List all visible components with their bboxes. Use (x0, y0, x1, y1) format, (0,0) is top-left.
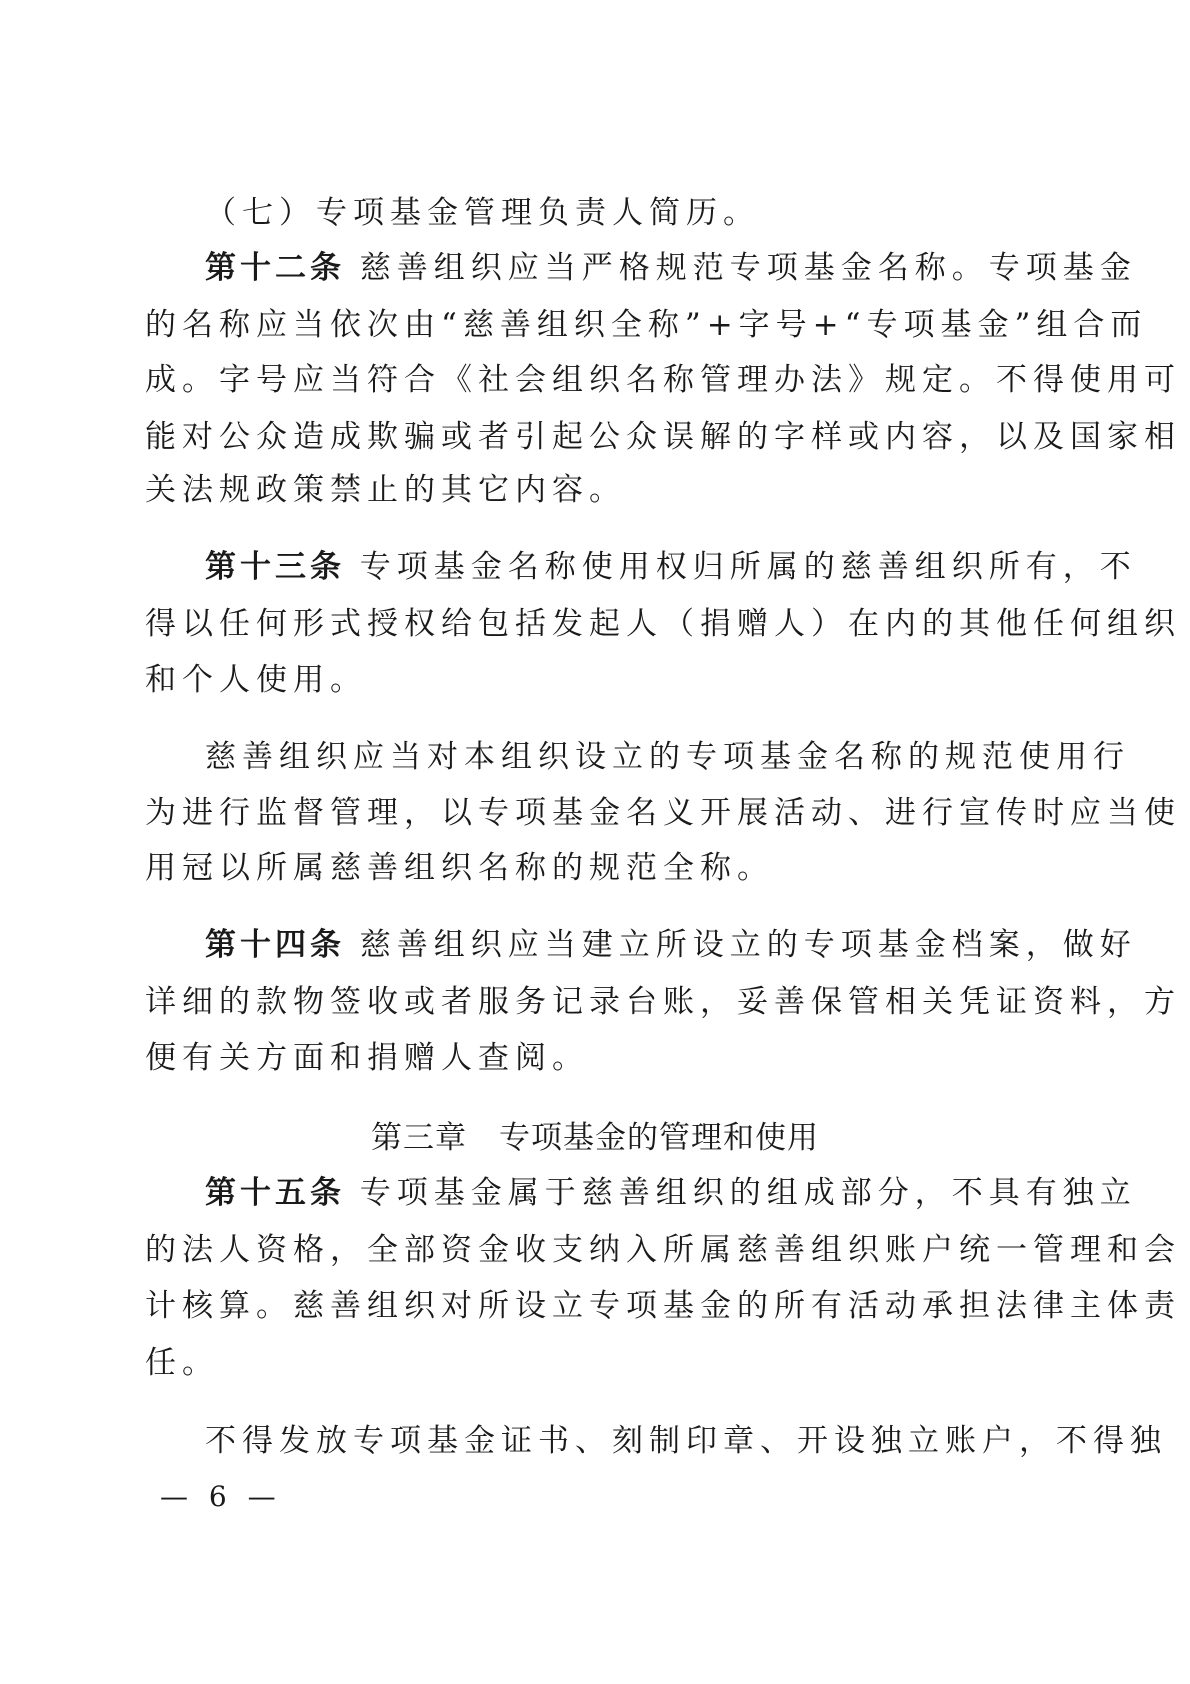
line-text: 用冠以所属慈善组织名称的规范全称。 (145, 850, 774, 886)
text-line: 关法规政策禁止的其它内容。 (145, 470, 967, 510)
text-line: 的名称应当依次由“慈善组织全称”+字号+“专项基金”组合而 (145, 305, 967, 345)
text-line: 用冠以所属慈善组织名称的规范全称。 (145, 848, 967, 888)
chapter-heading: 第三章 专项基金的管理和使用 (0, 1118, 1190, 1158)
line-text: 能对公众造成欺骗或者引起公众误解的字样或内容，以及国家相 (145, 419, 1181, 455)
text-line: 第十三条 专项基金名称使用权归所属的慈善组织所有，不 (205, 547, 967, 587)
text-line: 不得发放专项基金证书、刻制印章、开设独立账户，不得独 (205, 1421, 967, 1461)
line-text: 计核算。慈善组织对所设立专项基金的所有活动承担法律主体责 (145, 1288, 1181, 1324)
text-line: 和个人使用。 (145, 660, 967, 700)
document-page: （七）专项基金管理负责人简历。第十二条 慈善组织应当严格规范专项基金名称。专项基… (0, 0, 1190, 1684)
text-line: 便有关方面和捐赠人查阅。 (145, 1038, 967, 1078)
line-text: 不得发放专项基金证书、刻制印章、开设独立账户，不得独 (205, 1423, 1167, 1459)
text-line: 的法人资格，全部资金收支纳入所属慈善组织账户统一管理和会 (145, 1230, 967, 1270)
page-number: — 6 — (160, 1477, 282, 1517)
text-line: （七）专项基金管理负责人简历。 (205, 193, 967, 233)
line-text: 任。 (145, 1345, 219, 1381)
text-line: 第十四条 慈善组织应当建立所设立的专项基金档案，做好 (205, 925, 967, 965)
line-text: 的法人资格，全部资金收支纳入所属慈善组织账户统一管理和会 (145, 1232, 1181, 1268)
text-line: 计核算。慈善组织对所设立专项基金的所有活动承担法律主体责 (145, 1286, 967, 1326)
line-text: 专项基金属于慈善组织的组成部分，不具有独立 (360, 1175, 1137, 1211)
line-text: 慈善组织应当建立所设立的专项基金档案，做好 (360, 927, 1137, 963)
text-line: 第十五条 专项基金属于慈善组织的组成部分，不具有独立 (205, 1173, 967, 1213)
line-text: 成。字号应当符合《社会组织名称管理办法》规定。不得使用可 (145, 362, 1181, 398)
article-number: 第十二条 (205, 250, 360, 286)
text-line: 成。字号应当符合《社会组织名称管理办法》规定。不得使用可 (145, 360, 967, 400)
line-text: 详细的款物签收或者服务记录台账，妥善保管相关凭证资料，方 (145, 984, 1181, 1020)
line-text: 和个人使用。 (145, 662, 367, 698)
line-text: 为进行监督管理，以专项基金名义开展活动、进行宣传时应当使 (145, 795, 1181, 831)
text-line: 慈善组织应当对本组织设立的专项基金名称的规范使用行 (205, 737, 967, 777)
line-text: 专项基金名称使用权归所属的慈善组织所有，不 (360, 549, 1137, 585)
line-text: 的名称应当依次由“慈善组织全称”+字号+“专项基金”组合而 (145, 307, 1147, 343)
text-line: 任。 (145, 1343, 967, 1383)
text-line: 为进行监督管理，以专项基金名义开展活动、进行宣传时应当使 (145, 793, 967, 833)
line-text: （七）专项基金管理负责人简历。 (205, 195, 760, 231)
line-text: 慈善组织应当对本组织设立的专项基金名称的规范使用行 (205, 739, 1130, 775)
text-line: 得以任何形式授权给包括发起人（捐赠人）在内的其他任何组织 (145, 604, 967, 644)
article-number: 第十四条 (205, 927, 360, 963)
line-text: 慈善组织应当严格规范专项基金名称。专项基金 (360, 250, 1137, 286)
text-line: 第十二条 慈善组织应当严格规范专项基金名称。专项基金 (205, 248, 967, 288)
line-text: 便有关方面和捐赠人查阅。 (145, 1040, 589, 1076)
article-number: 第十三条 (205, 549, 360, 585)
text-line: 能对公众造成欺骗或者引起公众误解的字样或内容，以及国家相 (145, 417, 967, 457)
article-number: 第十五条 (205, 1175, 360, 1211)
line-text: 得以任何形式授权给包括发起人（捐赠人）在内的其他任何组织 (145, 606, 1181, 642)
line-text: 关法规政策禁止的其它内容。 (145, 472, 626, 508)
text-line: 详细的款物签收或者服务记录台账，妥善保管相关凭证资料，方 (145, 982, 967, 1022)
